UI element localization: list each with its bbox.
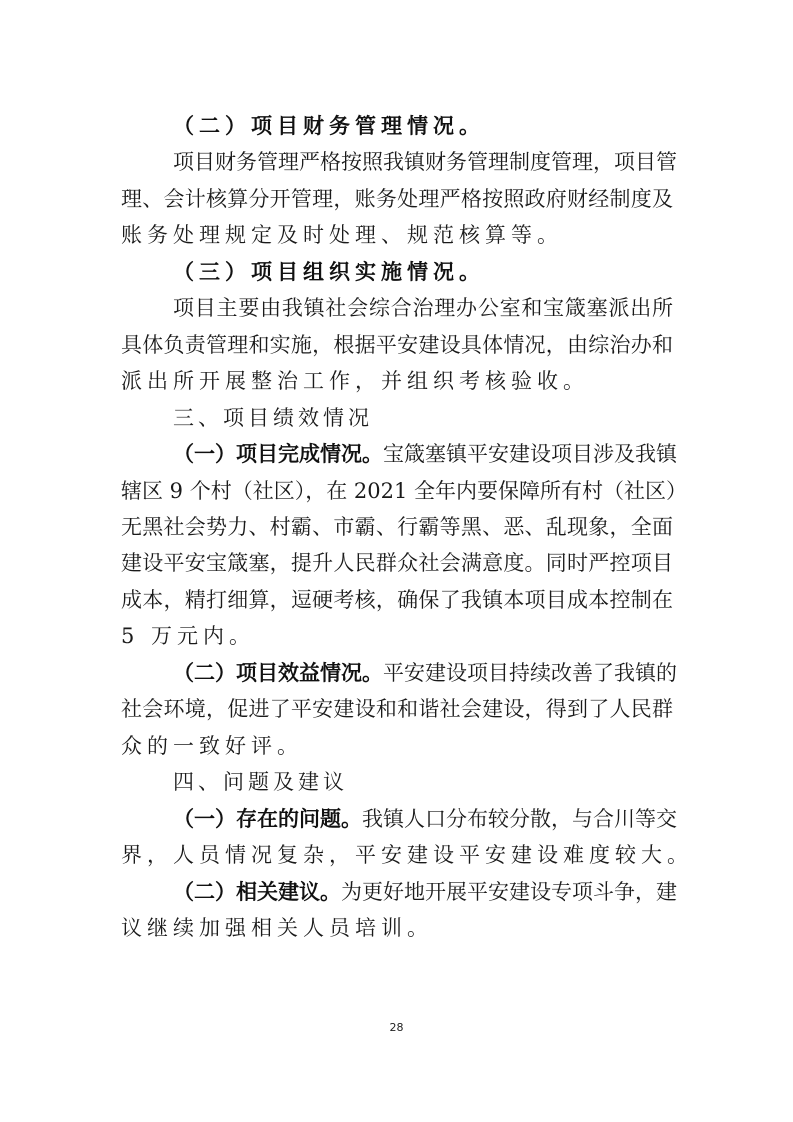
paragraph-line: （二）项目效益情况。平安建设项目持续改善了我镇的 [173, 658, 673, 688]
line-text: 平安建设项目持续改善了我镇的 [383, 661, 677, 685]
bold-lead-in: （二）项目财务管理情况。 [173, 113, 485, 138]
paragraph-line: 成本，精打细算，逗硬考核，确保了我镇本项目成本控制在 [121, 585, 673, 615]
line-text: 无黑社会势力、村霸、市霸、行霸等黑、恶、乱现象，全面 [121, 515, 673, 539]
paragraph-line: 建设平安宝箴塞，提升人民群众社会满意度。同时严控项目 [121, 548, 673, 578]
subsection-heading: （三）项目组织实施情况。 [173, 257, 673, 287]
line-text: 辖区 9 个村（社区），在 2021 全年内要保障所有村（社区） [121, 479, 687, 503]
bold-lead-in: （二）相关建议。 [173, 879, 341, 904]
line-text: 社会环境，促进了平安建设和和谐社会建设，得到了人民群 [121, 697, 673, 721]
paragraph-line: 无黑社会势力、村霸、市霸、行霸等黑、恶、乱现象，全面 [121, 512, 673, 542]
page-number: 28 [0, 1021, 793, 1034]
paragraph-line: 项目主要由我镇社会综合治理办公室和宝箴塞派出所 [173, 293, 673, 323]
line-text: 三、项目绩效情况 [173, 406, 373, 430]
paragraph-line: （一）项目完成情况。宝箴塞镇平安建设项目涉及我镇 [173, 439, 673, 469]
line-text: 界，人员情况复杂，平安建设平安建设难度较大。 [121, 843, 693, 867]
paragraph-line: 辖区 9 个村（社区），在 2021 全年内要保障所有村（社区） [121, 476, 673, 506]
paragraph-line: 具体负责管理和实施，根据平安建设具体情况，由综治办和 [121, 330, 673, 360]
paragraph-line: 众的一致好评。 [121, 731, 673, 761]
line-text: 四、问题及建议 [173, 770, 348, 794]
line-text: 5 万元内。 [121, 624, 255, 648]
paragraph-line: 界，人员情况复杂，平安建设平安建设难度较大。 [121, 840, 673, 870]
line-text: 账务处理规定及时处理、规范核算等。 [121, 223, 563, 247]
line-text: 项目主要由我镇社会综合治理办公室和宝箴塞派出所 [173, 296, 673, 320]
paragraph-line: 社会环境，促进了平安建设和和谐社会建设，得到了人民群 [121, 694, 673, 724]
paragraph-line: 账务处理规定及时处理、规范核算等。 [121, 220, 673, 250]
paragraph-line: （一）存在的问题。我镇人口分布较分散，与合川等交 [173, 804, 673, 834]
bold-lead-in: （一）项目完成情况。 [173, 441, 383, 466]
section-heading: 三、项目绩效情况 [173, 403, 673, 433]
line-text: 议继续加强相关人员培训。 [121, 916, 433, 940]
document-page: （二）项目财务管理情况。项目财务管理严格按照我镇财务管理制度管理，项目管理、会计… [0, 0, 793, 1122]
line-text: 我镇人口分布较分散，与合川等交 [362, 807, 677, 831]
paragraph-line: 派出所开展整治工作，并组织考核验收。 [121, 366, 673, 396]
bold-lead-in: （二）项目效益情况。 [173, 660, 383, 685]
line-text: 派出所开展整治工作，并组织考核验收。 [121, 369, 589, 393]
line-text: 项目财务管理严格按照我镇财务管理制度管理，项目管 [173, 150, 677, 174]
line-text: 成本，精打细算，逗硬考核，确保了我镇本项目成本控制在 [121, 588, 673, 612]
paragraph-line: 理、会计核算分开管理，账务处理严格按照政府财经制度及 [121, 184, 673, 214]
bold-lead-in: （一）存在的问题。 [173, 806, 362, 831]
line-text: 具体负责管理和实施，根据平安建设具体情况，由综治办和 [121, 333, 673, 357]
paragraph-line: 项目财务管理严格按照我镇财务管理制度管理，项目管 [173, 147, 673, 177]
section-heading: 四、问题及建议 [173, 767, 673, 797]
line-text: 宝箴塞镇平安建设项目涉及我镇 [383, 442, 677, 466]
line-text: 理、会计核算分开管理，账务处理严格按照政府财经制度及 [121, 187, 673, 211]
paragraph-line: 5 万元内。 [121, 621, 673, 651]
paragraph-line: 议继续加强相关人员培训。 [121, 913, 673, 943]
line-text: 为更好地开展平安建设专项斗争，建 [341, 880, 677, 904]
line-text: 众的一致好评。 [121, 734, 303, 758]
bold-lead-in: （三）项目组织实施情况。 [173, 259, 485, 284]
paragraph-line: （二）相关建议。为更好地开展平安建设专项斗争，建 [173, 877, 673, 907]
line-text: 建设平安宝箴塞，提升人民群众社会满意度。同时严控项目 [121, 551, 673, 575]
subsection-heading: （二）项目财务管理情况。 [173, 111, 673, 141]
